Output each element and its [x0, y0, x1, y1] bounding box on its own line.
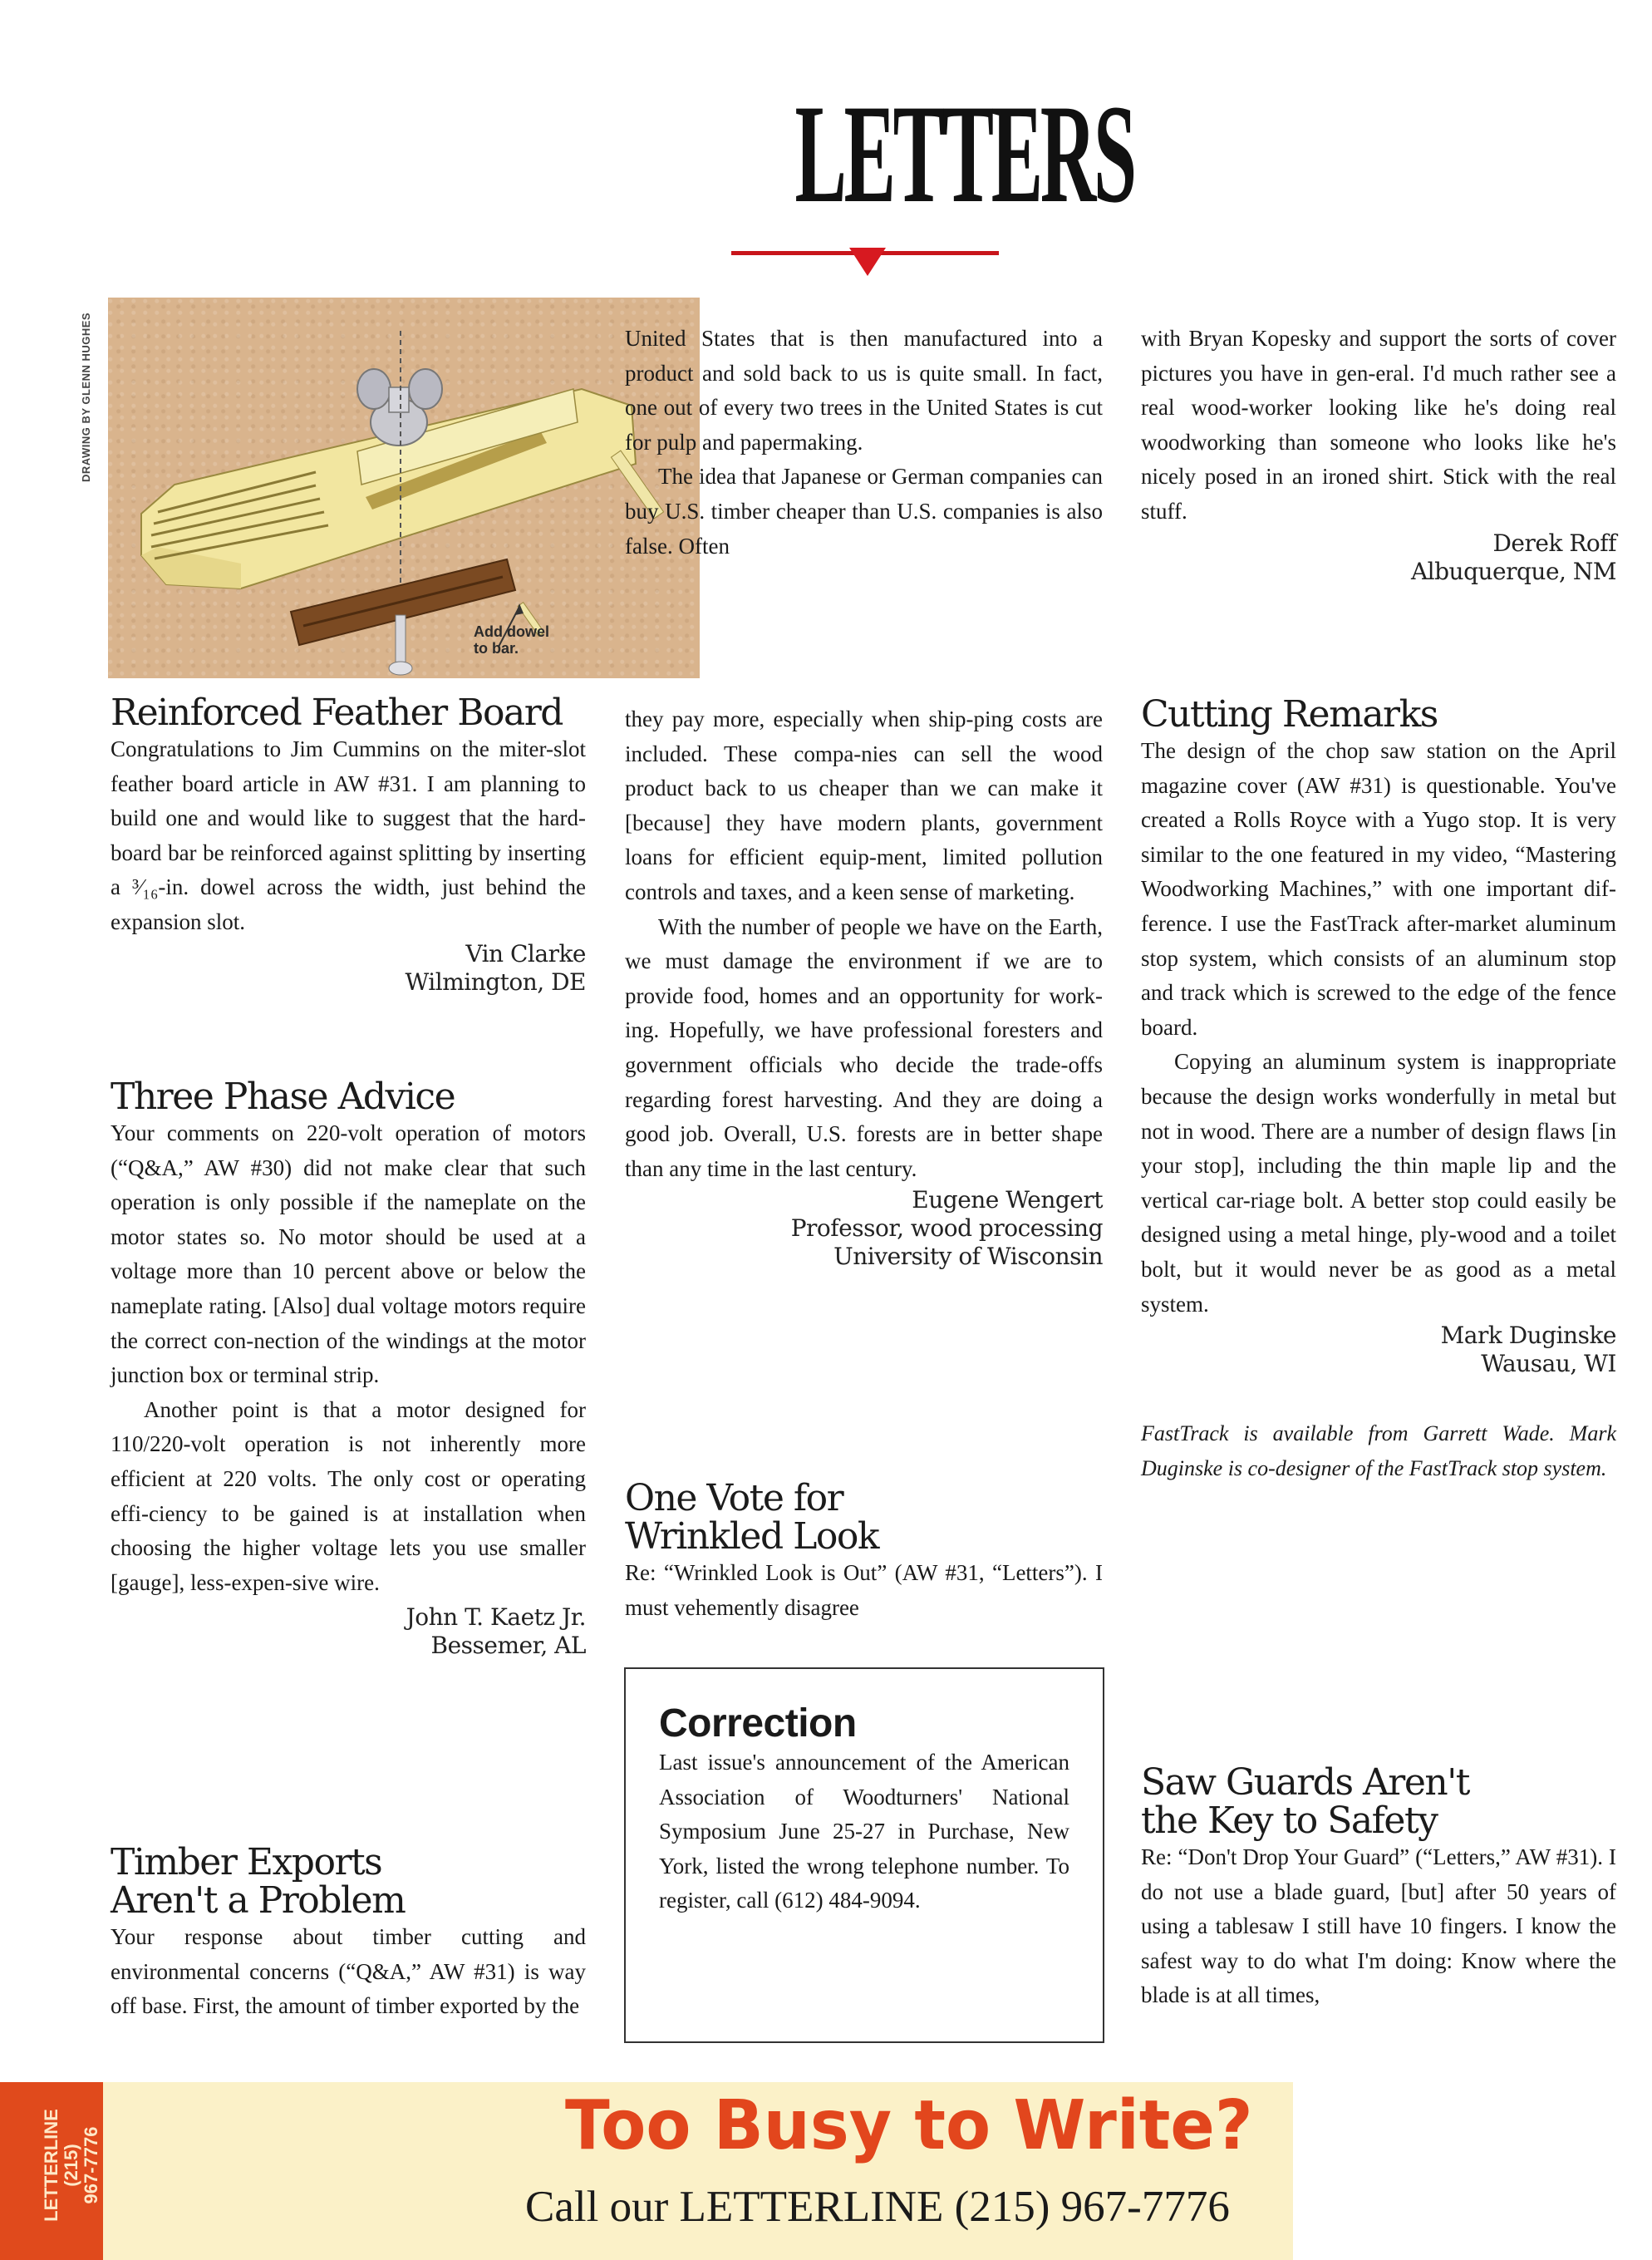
letter-heading: One Vote for Wrinkled Look: [625, 1480, 1103, 1556]
letter-heading: Timber Exports Aren't a Problem: [111, 1844, 586, 1920]
tab-line-3: 967-7776: [81, 2086, 101, 2244]
banner-phone-text: Call our LETTERLINE (215) 967-7776: [525, 2182, 1230, 2232]
letter-body: they pay more, especially when ship-ping…: [625, 702, 1103, 910]
feather-board-illustration: Add dowel to bar.: [108, 298, 700, 678]
letter-body: Congratulations to Jim Cummins on the mi…: [111, 732, 586, 940]
tab-line-1: LETTERLINE: [42, 2086, 61, 2244]
letter-body: Another point is that a motor designed f…: [111, 1393, 586, 1601]
letter-signature: John T. Kaetz Jr. Bessemer, AL: [111, 1603, 586, 1660]
illustration-credit: DRAWING BY GLENN HUGHES: [80, 283, 93, 482]
signature-location: Bessemer, AL: [111, 1632, 586, 1660]
letter-body: Your comments on 220-volt operation of m…: [111, 1116, 586, 1393]
letter-reinforced-feather-board: Reinforced Feather Board Congratulations…: [111, 694, 586, 997]
letter-signature: Derek Roff Albuquerque, NM: [1141, 529, 1616, 586]
letter-body: with Bryan Kopesky and support the sorts…: [1141, 322, 1616, 529]
heading-line-2: Wrinkled Look: [625, 1518, 1103, 1556]
feather-board-drawing-icon: [108, 298, 700, 678]
letter-signature: Eugene Wengert Professor, wood processin…: [625, 1186, 1103, 1271]
heading-line-1: One Vote for: [625, 1480, 1103, 1518]
letter-heading: Reinforced Feather Board: [111, 694, 586, 732]
letter-heading: Saw Guards Aren't the Key to Safety: [1141, 1764, 1616, 1840]
letter-body: United States that is then manufactured …: [625, 322, 1103, 460]
signature-name: Vin Clarke: [111, 940, 586, 968]
letter-timber-exports: Timber Exports Aren't a Problem Your res…: [111, 1844, 586, 2024]
heading-line-2: Aren't a Problem: [111, 1882, 586, 1920]
tab-line-2: (215): [61, 2086, 81, 2244]
heading-line-2: the Key to Safety: [1141, 1802, 1616, 1840]
signature-location: Wilmington, DE: [111, 968, 586, 997]
signature-name: Eugene Wengert: [625, 1186, 1103, 1214]
letterline-tab-text: LETTERLINE (215) 967-7776: [42, 2086, 101, 2244]
letter-heading: Cutting Remarks: [1141, 696, 1616, 734]
editor-note: FastTrack is available from Garrett Wade…: [1141, 1416, 1616, 1485]
letter-body: Copying an aluminum system is inappropri…: [1141, 1045, 1616, 1322]
letter-one-vote-wrinkled-look: One Vote for Wrinkled Look Re: “Wrinkled…: [625, 1480, 1103, 1625]
letter-timber-exports-continued-2: they pay more, especially when ship-ping…: [625, 702, 1103, 1271]
signature-affiliation: University of Wisconsin: [625, 1243, 1103, 1271]
letter-body: Your response about timber cutting and e…: [111, 1920, 586, 2024]
heading-line-1: Timber Exports: [111, 1844, 586, 1882]
letter-body: The design of the chop saw station on th…: [1141, 734, 1616, 1045]
letter-saw-guards: Saw Guards Aren't the Key to Safety Re: …: [1141, 1764, 1616, 2013]
letter-signature: Mark Duginske Wausau, WI: [1141, 1322, 1616, 1378]
signature-location: Wausau, WI: [1141, 1350, 1616, 1378]
callout-line-2: to bar.: [474, 640, 549, 657]
letter-body: Re: “Don't Drop Your Guard” (“Letters,” …: [1141, 1840, 1616, 2013]
signature-name: Derek Roff: [1141, 529, 1616, 558]
banner-title: Too Busy to Write?: [565, 2085, 1252, 2168]
signature-name: John T. Kaetz Jr.: [111, 1603, 586, 1632]
correction-body: Last issue's announcement of the America…: [659, 1745, 1069, 1918]
letter-body: Re: “Wrinkled Look is Out” (AW #31, “Let…: [625, 1556, 1103, 1625]
correction-box: Correction Last issue's announcement of …: [624, 1667, 1104, 2043]
down-arrow-icon: [849, 248, 886, 276]
callout-line-1: Add dowel: [474, 623, 549, 640]
signature-name: Mark Duginske: [1141, 1322, 1616, 1350]
page-title: LETTERS: [795, 91, 951, 216]
letter-cutting-remarks: Cutting Remarks The design of the chop s…: [1141, 696, 1616, 1485]
heading-line-1: Saw Guards Aren't: [1141, 1764, 1616, 1802]
letter-body: With the number of people we have on the…: [625, 910, 1103, 1187]
letter-three-phase-advice: Three Phase Advice Your comments on 220-…: [111, 1078, 586, 1660]
correction-title: Correction: [659, 1702, 1069, 1745]
letter-heading: Three Phase Advice: [111, 1078, 586, 1116]
letter-timber-exports-continued: United States that is then manufactured …: [625, 322, 1103, 564]
signature-title: Professor, wood processing: [625, 1214, 1103, 1243]
letter-one-vote-continued: with Bryan Kopesky and support the sorts…: [1141, 322, 1616, 586]
letter-body: The idea that Japanese or German compani…: [625, 460, 1103, 564]
callout-label: Add dowel to bar.: [474, 623, 549, 657]
signature-location: Albuquerque, NM: [1141, 558, 1616, 586]
letter-signature: Vin Clarke Wilmington, DE: [111, 940, 586, 997]
